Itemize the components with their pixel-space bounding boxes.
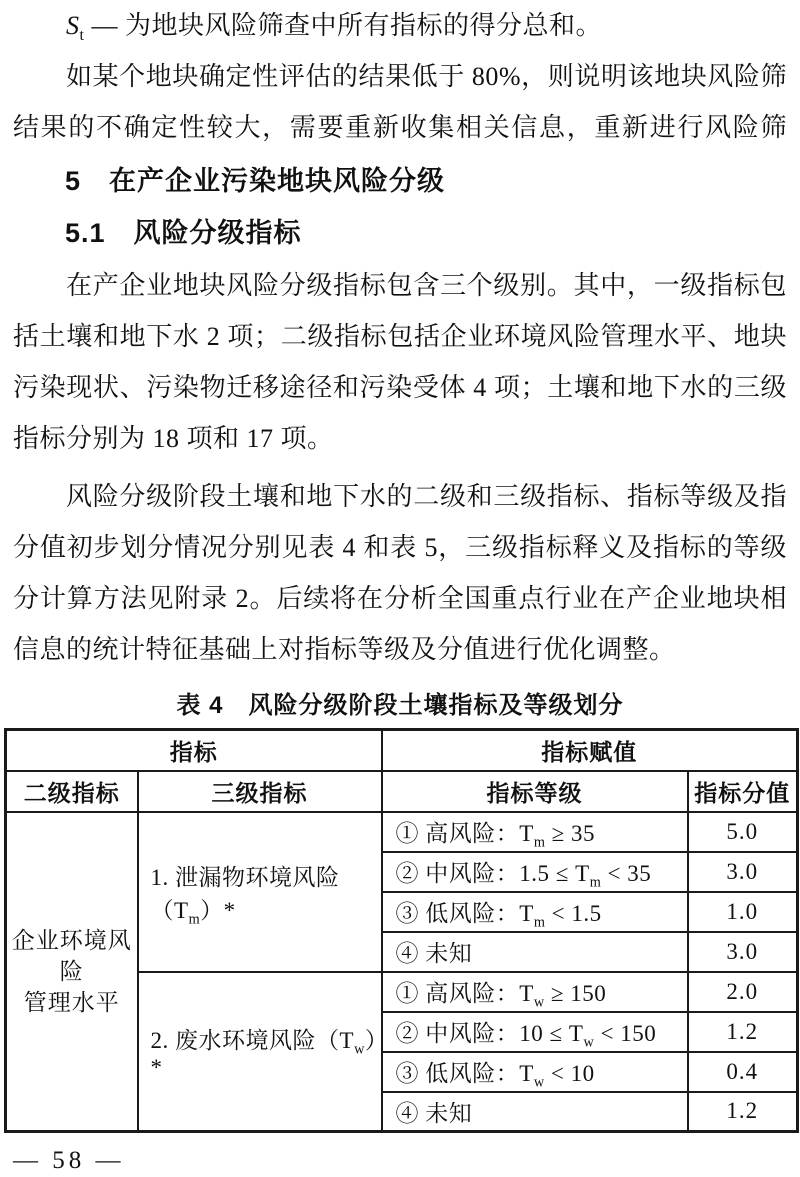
level2-line: 管理水平	[7, 987, 137, 1018]
cell-score: 1.2	[688, 1092, 798, 1132]
variable-definition-line: St — 为地块风险筛查中所有指标的得分总和。	[13, 0, 787, 51]
paragraph-table-reference: 风险分级阶段土壤和地下水的二级和三级指标、指标等级及指标 分值初步划分情况分别见…	[13, 471, 787, 675]
section-heading-5-1: 5.1 风险分级指标	[13, 213, 787, 253]
section-heading-5: 5 在产企业污染地块风险分级	[13, 161, 787, 201]
text-column: St — 为地块风险筛查中所有指标的得分总和。 如某个地块确定性评估的结果低于 …	[0, 0, 800, 675]
cell-grade: ② 中风险：1.5 ≤ Tm < 35	[382, 852, 688, 892]
paragraph-line: 信息的统计特征基础上对指标等级及分值进行优化调整。	[13, 624, 787, 675]
header-assignment: 指标赋值	[382, 730, 798, 771]
cell-grade: ④ 未知	[382, 1092, 688, 1132]
cell-grade: ④ 未知	[382, 932, 688, 972]
cell-grade: ② 中风险：10 ≤ Tw < 150	[382, 1012, 688, 1052]
cell-level2-indicator: 企业环境风险 管理水平	[6, 812, 138, 1132]
table-header-row-2: 二级指标 三级指标 指标等级 指标分值	[6, 771, 798, 812]
paragraph-uncertainty: 如某个地块确定性评估的结果低于 80%，则说明该地块风险筛查 结果的不确定性较大…	[13, 51, 787, 153]
document-page: St — 为地块风险筛查中所有指标的得分总和。 如某个地块确定性评估的结果低于 …	[0, 0, 800, 1177]
cell-grade: ① 高风险：Tm ≥ 35	[382, 812, 688, 852]
paragraph-indicator-levels: 在产企业地块风险分级指标包含三个级别。其中，一级指标包 括土壤和地下水 2 项；…	[13, 260, 787, 464]
paragraph-line: 结果的不确定性较大，需要重新收集相关信息，重新进行风险筛查。	[13, 102, 787, 153]
page-number: — 58 —	[0, 1146, 800, 1176]
paragraph-line: 如某个地块确定性评估的结果低于 80%，则说明该地块风险筛查	[13, 51, 787, 102]
header-score: 指标分值	[688, 771, 798, 812]
paragraph-line: 括土壤和地下水 2 项；二级指标包括企业环境风险管理水平、地块	[13, 311, 787, 362]
cell-grade: ③ 低风险：Tm < 1.5	[382, 892, 688, 932]
variable-definition-text: — 为地块风险筛查中所有指标的得分总和。	[91, 11, 602, 40]
table-caption: 表 4 风险分级阶段土壤指标及等级划分	[0, 690, 800, 722]
paragraph-line: 风险分级阶段土壤和地下水的二级和三级指标、指标等级及指标	[13, 471, 787, 522]
cell-level3-indicator: 2. 废水环境风险（Tw）*	[138, 972, 382, 1132]
cell-score: 3.0	[688, 932, 798, 972]
cell-score: 1.0	[688, 892, 798, 932]
paragraph-line: 分值初步划分情况分别见表 4 和表 5，三级指标释义及指标的等级得	[13, 522, 787, 573]
cell-level3-indicator: 1. 泄漏物环境风险（Tm）*	[138, 812, 382, 972]
risk-grading-table: 指标 指标赋值 二级指标 三级指标 指标等级 指标分值 企业环境风险 管理水平 …	[4, 728, 799, 1133]
paragraph-line: 指标分别为 18 项和 17 项。	[13, 413, 787, 464]
header-level2: 二级指标	[6, 771, 138, 812]
cell-grade: ③ 低风险：Tw < 10	[382, 1052, 688, 1092]
header-indicator: 指标	[6, 730, 382, 771]
paragraph-line: 分计算方法见附录 2。后续将在分析全国重点行业在产企业地块相关	[13, 573, 787, 624]
paragraph-line: 污染现状、污染物迁移途径和污染受体 4 项；土壤和地下水的三级	[13, 362, 787, 413]
table-header-row-1: 指标 指标赋值	[6, 730, 798, 771]
cell-grade: ① 高风险：Tw ≥ 150	[382, 972, 688, 1012]
variable-symbol: S	[66, 11, 80, 40]
level2-line: 企业环境风险	[7, 925, 137, 987]
cell-score: 3.0	[688, 852, 798, 892]
paragraph-line: 在产企业地块风险分级指标包含三个级别。其中，一级指标包	[13, 260, 787, 311]
table-row: 企业环境风险 管理水平 1. 泄漏物环境风险（Tm）* ① 高风险：Tm ≥ 3…	[6, 812, 798, 852]
cell-score: 0.4	[688, 1052, 798, 1092]
cell-score: 1.2	[688, 1012, 798, 1052]
variable-subscript: t	[80, 27, 85, 44]
cell-score: 5.0	[688, 812, 798, 852]
cell-score: 2.0	[688, 972, 798, 1012]
header-level3: 三级指标	[138, 771, 382, 812]
header-grade: 指标等级	[382, 771, 688, 812]
